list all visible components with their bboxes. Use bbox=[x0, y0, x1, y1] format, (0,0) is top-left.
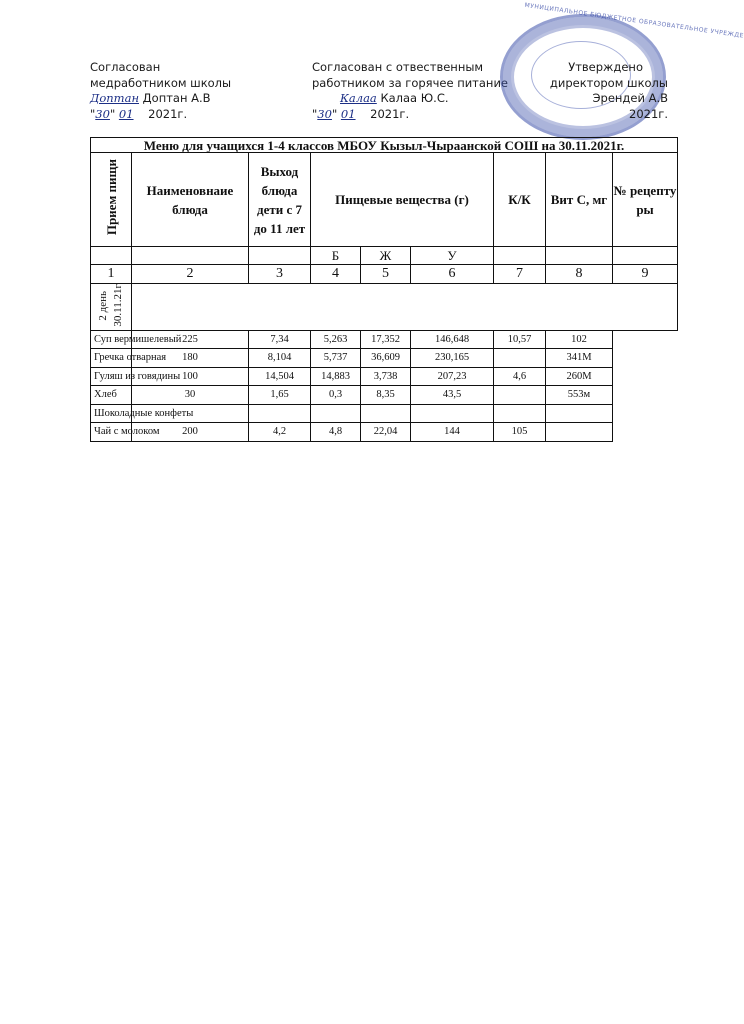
approval-director: Утверждено директором школы Эрендей А.В … bbox=[540, 60, 668, 122]
cell-fat: 4,8 bbox=[311, 423, 361, 442]
cell-protein: 1,65 bbox=[249, 386, 311, 405]
cell-dish-name: Чай с молоком bbox=[91, 423, 132, 442]
cell-protein: 4,2 bbox=[249, 423, 311, 442]
cell-carbs: 3,738 bbox=[361, 367, 411, 386]
cell-fat bbox=[311, 404, 361, 423]
approval-medical-year: 2021г. bbox=[148, 107, 187, 121]
header-vitc: Вит С, мг bbox=[546, 153, 613, 247]
approval-director-line2: директором школы bbox=[540, 76, 668, 92]
cell-dish-name: Гречка отварная bbox=[91, 349, 132, 368]
cell-yield: 30 bbox=[132, 386, 249, 405]
cell-carbs bbox=[361, 404, 411, 423]
cell-fat: 5,263 bbox=[311, 330, 361, 349]
cell-fat: 14,883 bbox=[311, 367, 361, 386]
day-label: 2 день 30.11.21г bbox=[91, 284, 132, 331]
approval-food-name: Калаа Ю.С. bbox=[380, 91, 448, 105]
subheader-carbs: У bbox=[411, 247, 494, 265]
cell-protein: 8,104 bbox=[249, 349, 311, 368]
cell-kcal: 144 bbox=[411, 423, 494, 442]
approval-medical-line2: медработником школы bbox=[90, 76, 231, 92]
subheader-fat: Ж bbox=[361, 247, 411, 265]
cell-kcal: 207,23 bbox=[411, 367, 494, 386]
approval-food: Согласован с отвественным работником за … bbox=[312, 60, 508, 122]
table-row: Хлеб301,650,38,3543,5553м bbox=[91, 386, 678, 405]
cell-recipe-number: 260М bbox=[546, 367, 613, 386]
approval-director-line1: Утверждено bbox=[540, 60, 668, 76]
header-meal: Прием пищи bbox=[91, 153, 132, 247]
column-number: 4 bbox=[311, 265, 361, 284]
cell-dish-name: Хлеб bbox=[91, 386, 132, 405]
header-recipe: № рецепту ры bbox=[613, 153, 678, 247]
cell-fat: 5,737 bbox=[311, 349, 361, 368]
cell-dish-name: Шоколадные конфеты bbox=[91, 404, 132, 423]
column-number: 1 bbox=[91, 265, 132, 284]
cell-recipe-number: 341М bbox=[546, 349, 613, 368]
approval-medical-name: Доптан А.В bbox=[143, 91, 211, 105]
cell-carbs: 17,352 bbox=[361, 330, 411, 349]
cell-vitamin-c bbox=[494, 386, 546, 405]
cell-kcal: 230,165 bbox=[411, 349, 494, 368]
approval-medical-day: 30 bbox=[95, 107, 110, 121]
signature-food: Калаа bbox=[312, 91, 377, 105]
approval-food-line2: работником за горячее питание bbox=[312, 76, 508, 92]
cell-carbs: 8,35 bbox=[361, 386, 411, 405]
cell-recipe-number: 553м bbox=[546, 386, 613, 405]
column-number: 9 bbox=[613, 265, 678, 284]
cell-protein: 14,504 bbox=[249, 367, 311, 386]
column-number: 5 bbox=[361, 265, 411, 284]
table-title: Меню для учащихся 1-4 классов МБОУ Кызыл… bbox=[91, 138, 678, 153]
approval-food-month: 01 bbox=[341, 107, 356, 121]
cell-fat: 0,3 bbox=[311, 386, 361, 405]
approval-food-year: 2021г. bbox=[370, 107, 409, 121]
column-number: 3 bbox=[249, 265, 311, 284]
approval-medical-line1: Согласован bbox=[90, 60, 231, 76]
header-yield: Выход блюда дети с 7 до 11 лет bbox=[249, 153, 311, 247]
table-row: Суп вермишелевый2257,345,26317,352146,64… bbox=[91, 330, 678, 349]
cell-kcal: 146,648 bbox=[411, 330, 494, 349]
column-number: 2 bbox=[132, 265, 249, 284]
approval-medical-month: 01 bbox=[119, 107, 134, 121]
cell-protein: 7,34 bbox=[249, 330, 311, 349]
table-row: Шоколадные конфеты bbox=[91, 404, 678, 423]
cell-recipe-number: 102 bbox=[546, 330, 613, 349]
cell-carbs: 36,609 bbox=[361, 349, 411, 368]
cell-kcal bbox=[411, 404, 494, 423]
blank-row bbox=[132, 284, 678, 331]
signature-medical: Доптан bbox=[90, 91, 139, 105]
cell-vitamin-c bbox=[494, 349, 546, 368]
column-number: 7 bbox=[494, 265, 546, 284]
approval-medical: Согласован медработником школы Доптан До… bbox=[90, 60, 231, 122]
cell-recipe-number bbox=[546, 423, 613, 442]
table-row: Гречка отварная1808,1045,73736,609230,16… bbox=[91, 349, 678, 368]
cell-vitamin-c bbox=[494, 404, 546, 423]
cell-carbs: 22,04 bbox=[361, 423, 411, 442]
cell-kcal: 43,5 bbox=[411, 386, 494, 405]
column-number: 6 bbox=[411, 265, 494, 284]
column-number: 8 bbox=[546, 265, 613, 284]
cell-dish-name: Суп вермишелевый bbox=[91, 330, 132, 349]
menu-table: Меню для учащихся 1-4 классов МБОУ Кызыл… bbox=[90, 137, 678, 442]
header-kcal: К/К bbox=[494, 153, 546, 247]
table-row: Гуляш из говядины10014,50414,8833,738207… bbox=[91, 367, 678, 386]
approval-director-name: Эрендей А.В bbox=[540, 91, 668, 107]
header-dish: Наименовнаие блюда bbox=[132, 153, 249, 247]
cell-vitamin-c: 4,6 bbox=[494, 367, 546, 386]
approval-food-line1: Согласован с отвественным bbox=[312, 60, 508, 76]
approval-director-year: 2021г. bbox=[540, 107, 668, 123]
cell-vitamin-c: 10,57 bbox=[494, 330, 546, 349]
table-row: Чай с молоком2004,24,822,04144105 bbox=[91, 423, 678, 442]
cell-protein bbox=[249, 404, 311, 423]
header-nutrients: Пищевые вещества (г) bbox=[311, 153, 494, 247]
cell-vitamin-c: 105 bbox=[494, 423, 546, 442]
cell-dish-name: Гуляш из говядины bbox=[91, 367, 132, 386]
approval-food-day: 30 bbox=[317, 107, 332, 121]
column-number-row: 1 2 3 4 5 6 7 8 9 bbox=[91, 265, 678, 284]
cell-recipe-number bbox=[546, 404, 613, 423]
subheader-protein: Б bbox=[311, 247, 361, 265]
